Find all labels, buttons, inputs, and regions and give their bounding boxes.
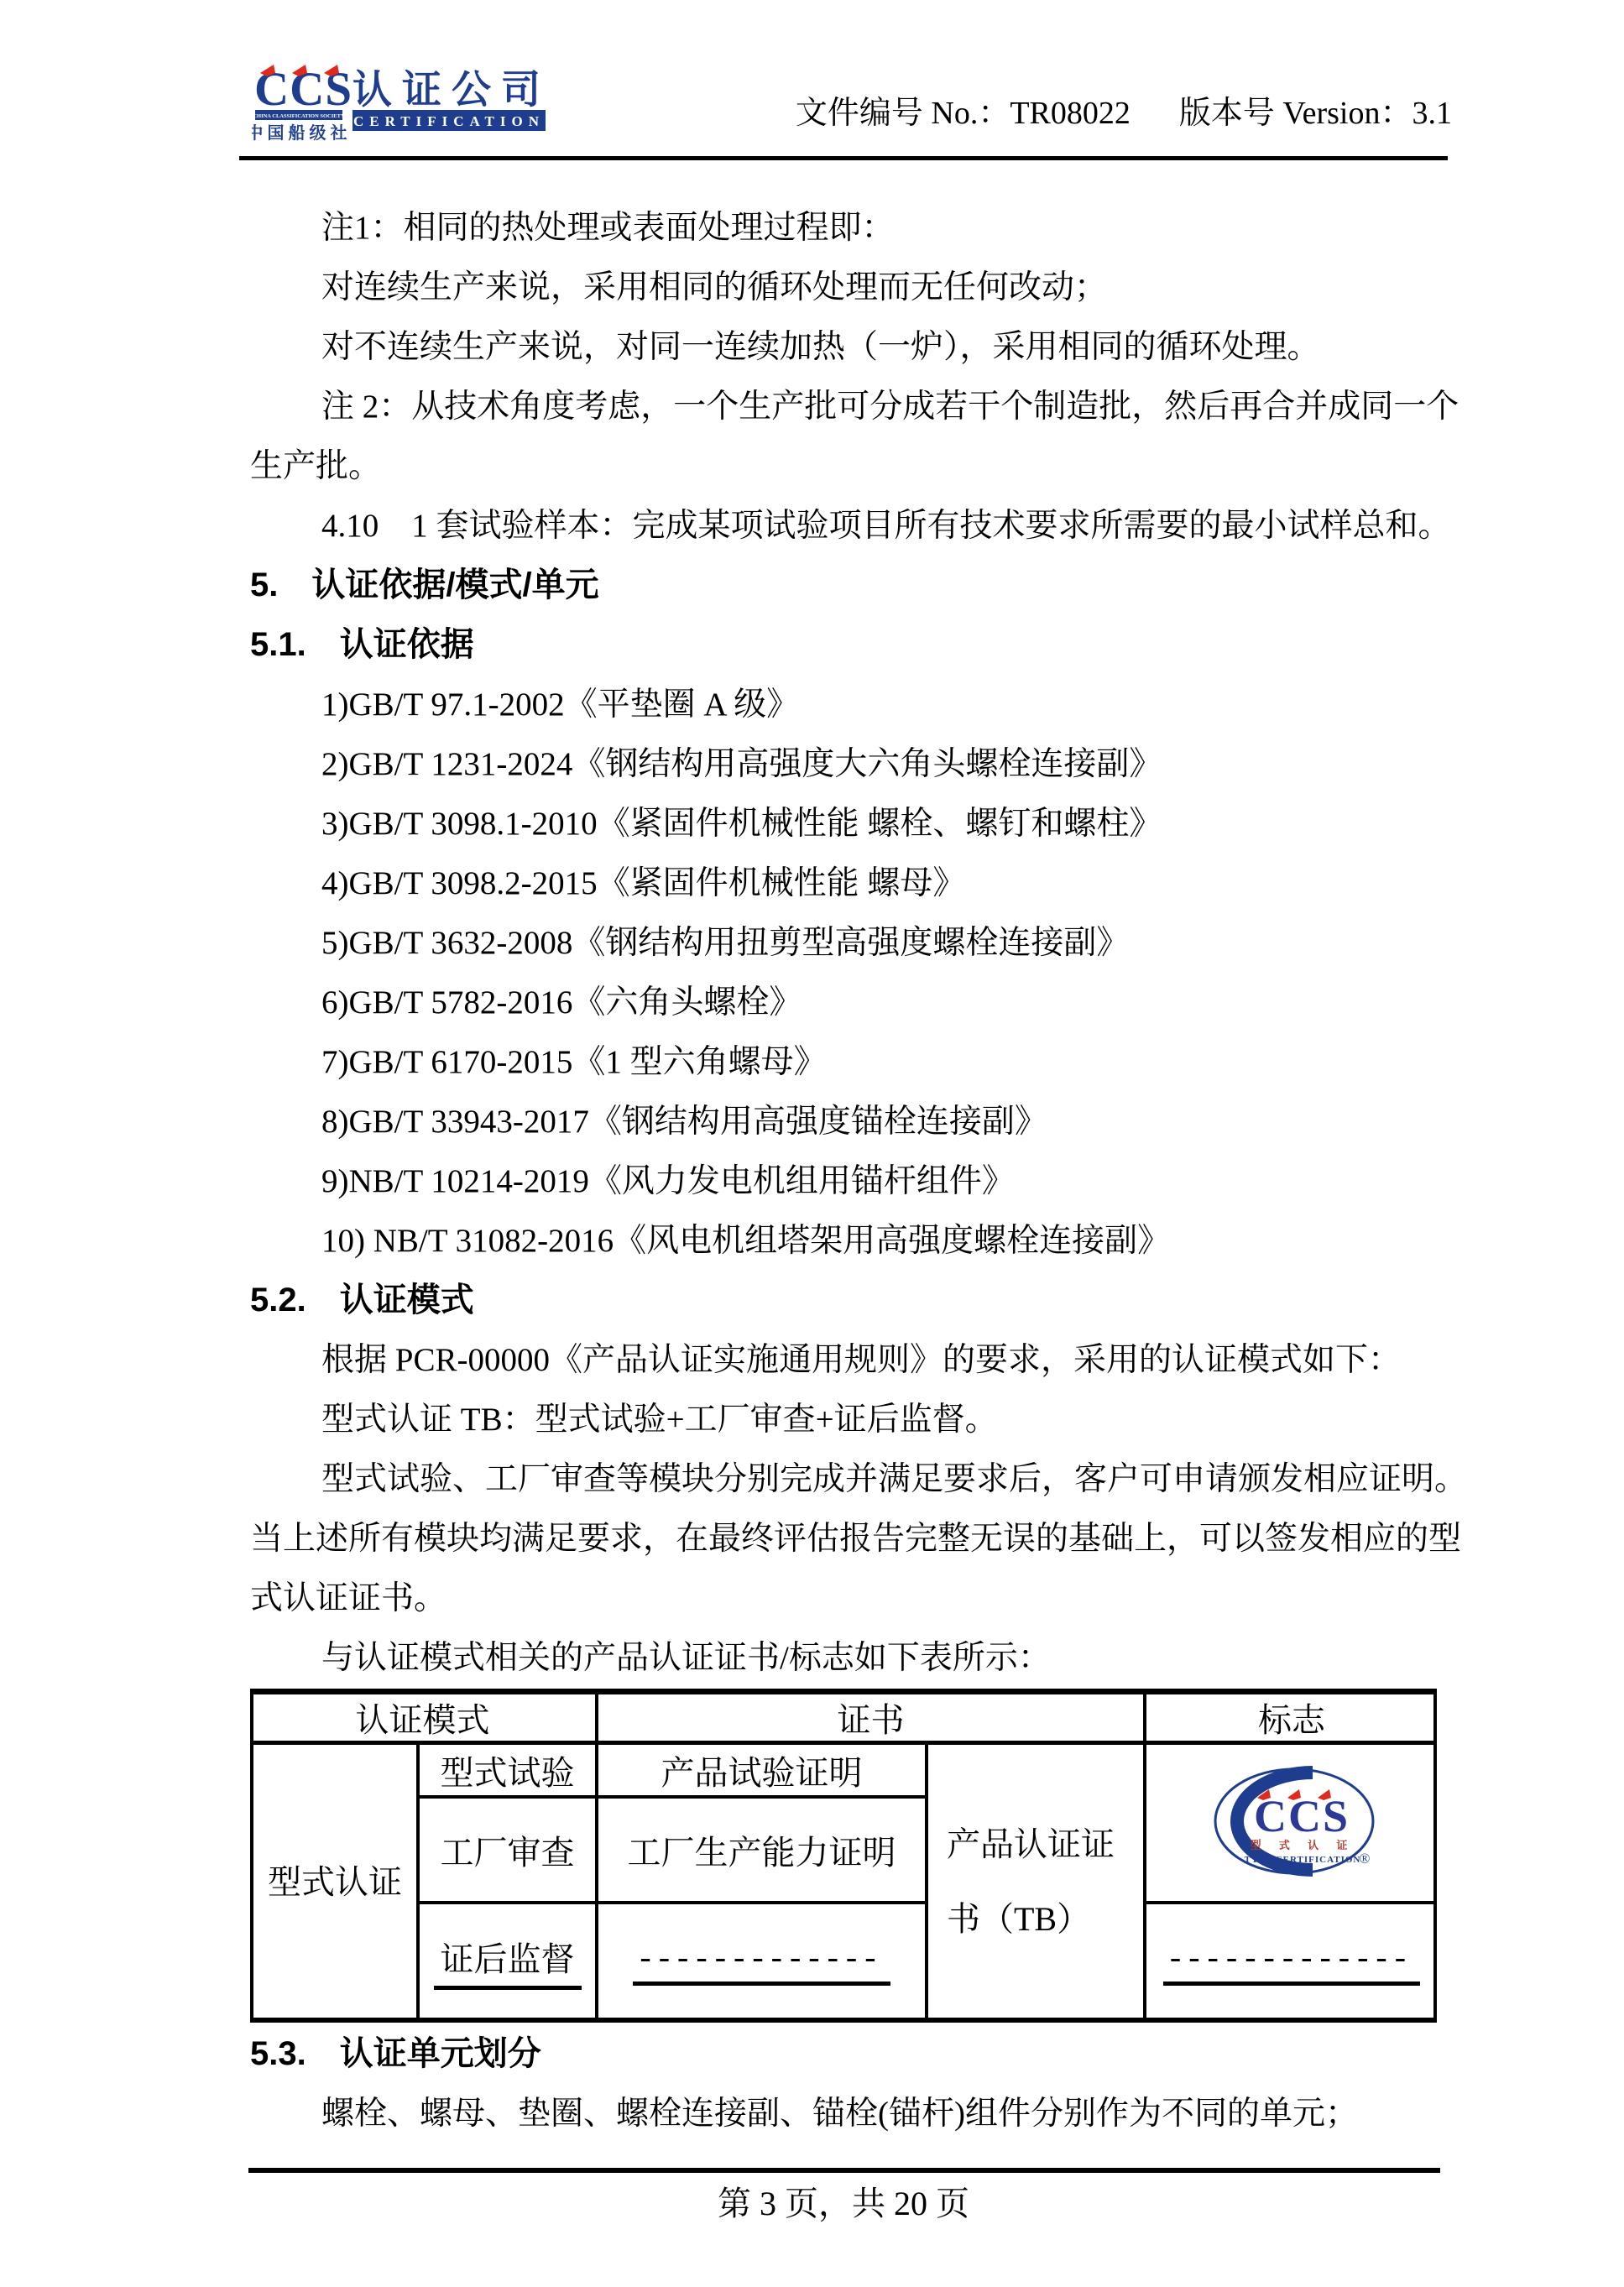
logo-certification-en: CERTIFICATION bbox=[353, 113, 545, 129]
body-line: 8)GB/T 33943-2017《钢结构用高强度锚栓连接副》 bbox=[250, 1092, 1450, 1151]
body-line: 4)GB/T 3098.2-2015《紧固件机械性能 螺母》 bbox=[250, 854, 1450, 913]
cell-mark-logo: CCS 型 式 认 证 TYPE CERTIFICATION ® bbox=[1146, 1745, 1437, 1901]
body-line: 注1：相同的热处理或表面处理过程即： bbox=[250, 198, 1450, 258]
body-line: 10) NB/T 31082-2016《风电机组塔架用高强度螺栓连接副》 bbox=[250, 1211, 1450, 1271]
body-line: 2)GB/T 1231-2024《钢结构用高强度大六角头螺栓连接副》 bbox=[250, 734, 1450, 794]
logo-society-cn: 中国船级社 bbox=[252, 123, 352, 143]
cell-cert-dashes: ------------- bbox=[598, 1904, 925, 2018]
body-line: 6)GB/T 5782-2016《六角头螺栓》 bbox=[250, 973, 1450, 1032]
body-line: 1)GB/T 97.1-2002《平垫圈 A 级》 bbox=[250, 675, 1450, 734]
body-line: 5)GB/T 3632-2008《钢结构用扭剪型高强度螺栓连接副》 bbox=[250, 913, 1450, 973]
body-line: 型式认证 TB：型式试验+工厂审查+证后监督。 bbox=[250, 1390, 1450, 1449]
body-text: 注1：相同的热处理或表面处理过程即：对连续生产来说，采用相同的循环处理而无任何改… bbox=[250, 198, 1450, 1688]
section-5-3-heading: 5.3. 认证单元划分 bbox=[250, 2024, 1450, 2084]
mark-ccs-letters: CCS bbox=[1254, 1791, 1350, 1841]
ccs-logo: CCS 认证公司 CHINA CLASSIFICATION SOCIETY 中国… bbox=[252, 63, 554, 159]
product-cert-line1: 产品认证证 bbox=[947, 1818, 1143, 1866]
section-5-3-line: 螺栓、螺母、垫圈、螺栓连接副、锚栓(锚杆)组件分别作为不同的单元； bbox=[250, 2084, 1450, 2143]
body-line: 与认证模式相关的产品认证证书/标志如下表所示： bbox=[250, 1628, 1450, 1688]
body-line: 注 2：从技术角度考虑，一个生产批可分成若干个制造批，然后再合并成同一个 bbox=[250, 377, 1450, 436]
page-number: 第 3 页，共 20 页 bbox=[250, 2179, 1437, 2229]
body-line: 5.2. 认证模式 bbox=[250, 1271, 1450, 1330]
cell-module-type-test: 型式试验 bbox=[420, 1745, 595, 1795]
mark-type-en: TYPE CERTIFICATION bbox=[1245, 1855, 1361, 1865]
mark-dashes: ------------- bbox=[1163, 1937, 1420, 1986]
table-header-mark: 标志 bbox=[1146, 1694, 1437, 1741]
cell-product-certification: 产品认证证 书（TB） bbox=[928, 1741, 1143, 2018]
cell-type-certification: 型式认证 bbox=[253, 1741, 416, 2018]
product-cert-line2: 书（TB） bbox=[947, 1893, 1143, 1940]
document-number-line: 文件编号 No.：TR08022版本号 Version：3.1 bbox=[587, 89, 1452, 129]
body-line: 生产批。 bbox=[250, 436, 1450, 496]
logo-society-en: CHINA CLASSIFICATION SOCIETY bbox=[253, 113, 345, 119]
table-border-bottom bbox=[250, 2018, 1437, 2023]
body-line: 3)GB/T 3098.1-2010《紧固件机械性能 螺栓、螺钉和螺柱》 bbox=[250, 794, 1450, 854]
post-table-text: 5.3. 认证单元划分 螺栓、螺母、垫圈、螺栓连接副、锚栓(锚杆)组件分别作为不… bbox=[250, 2024, 1450, 2143]
body-line: 型式试验、工厂审查等模块分别完成并满足要求后，客户可申请颁发相应证明。 bbox=[250, 1449, 1450, 1509]
body-line: 4.10 1 套试验样本：完成某项试验项目所有技术要求所需要的最小试样总和。 bbox=[250, 496, 1450, 556]
doc-version: 版本号 Version：3.1 bbox=[1179, 86, 1452, 133]
header-rule bbox=[239, 156, 1448, 160]
cell-cert-factory-capability: 工厂生产能力证明 bbox=[598, 1799, 925, 1901]
table-header-certificate: 证书 bbox=[598, 1694, 1143, 1741]
cert-dashes: ------------- bbox=[633, 1937, 890, 1986]
body-line: 对连续生产来说，采用相同的循环处理而无任何改动； bbox=[250, 258, 1450, 317]
body-line: 5. 认证依据/模式/单元 bbox=[250, 556, 1450, 615]
document-page: CCS 认证公司 CHINA CLASSIFICATION SOCIETY 中国… bbox=[0, 0, 1624, 2287]
mark-type-cn: 型 式 认 证 bbox=[1251, 1839, 1355, 1851]
table-header-mode: 认证模式 bbox=[250, 1694, 595, 1741]
body-line: 7)GB/T 6170-2015《1 型六角螺母》 bbox=[250, 1032, 1450, 1092]
body-line: 5.1. 认证依据 bbox=[250, 615, 1450, 675]
body-line: 式认证证书。 bbox=[250, 1569, 1450, 1628]
cell-mark-dashes: ------------- bbox=[1146, 1904, 1437, 2018]
certification-mode-table: 认证模式 证书 标志 型式认证 型式试验 产品试验证明 工厂审查 工厂生产能力证… bbox=[250, 1689, 1437, 2023]
cell-module-factory-audit: 工厂审查 bbox=[420, 1799, 595, 1901]
type-certification-mark: CCS 型 式 认 证 TYPE CERTIFICATION ® bbox=[1204, 1764, 1380, 1882]
cell-module-post-cert-supervision: 证后监督 bbox=[420, 1904, 595, 2018]
footer-rule bbox=[248, 2168, 1440, 2173]
logo-company-name: 认证公司 bbox=[352, 69, 551, 112]
body-line: 对不连续生产来说，对同一连续加热（一炉），采用相同的循环处理。 bbox=[250, 317, 1450, 377]
body-line: 9)NB/T 10214-2019《风力发电机组用锚杆组件》 bbox=[250, 1151, 1450, 1211]
doc-no: 文件编号 No.：TR08022 bbox=[796, 86, 1131, 133]
post-cert-supervision-label: 证后监督 bbox=[434, 1933, 582, 1990]
cell-cert-product-test: 产品试验证明 bbox=[598, 1745, 925, 1795]
mark-registered-icon: ® bbox=[1360, 1851, 1371, 1867]
body-line: 当上述所有模块均满足要求，在最终评估报告完整无误的基础上，可以签发相应的型 bbox=[250, 1509, 1450, 1569]
body-line: 根据 PCR-00000《产品认证实施通用规则》的要求，采用的认证模式如下： bbox=[250, 1330, 1450, 1390]
